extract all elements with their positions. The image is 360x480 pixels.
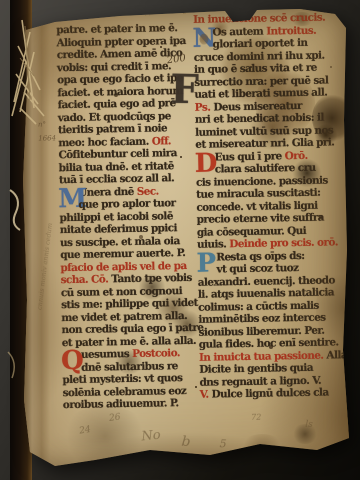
photograph-backdrop: 1390 in opposito via gradum patre. et pa… [0,0,360,480]
binding-threads [0,12,62,392]
manuscript-page: 1390 in opposito via gradum patre. et pa… [20,6,350,472]
page-vignette [20,6,350,472]
bottom-margin-scribbles: 2624Nob572ls [16,3,346,9]
